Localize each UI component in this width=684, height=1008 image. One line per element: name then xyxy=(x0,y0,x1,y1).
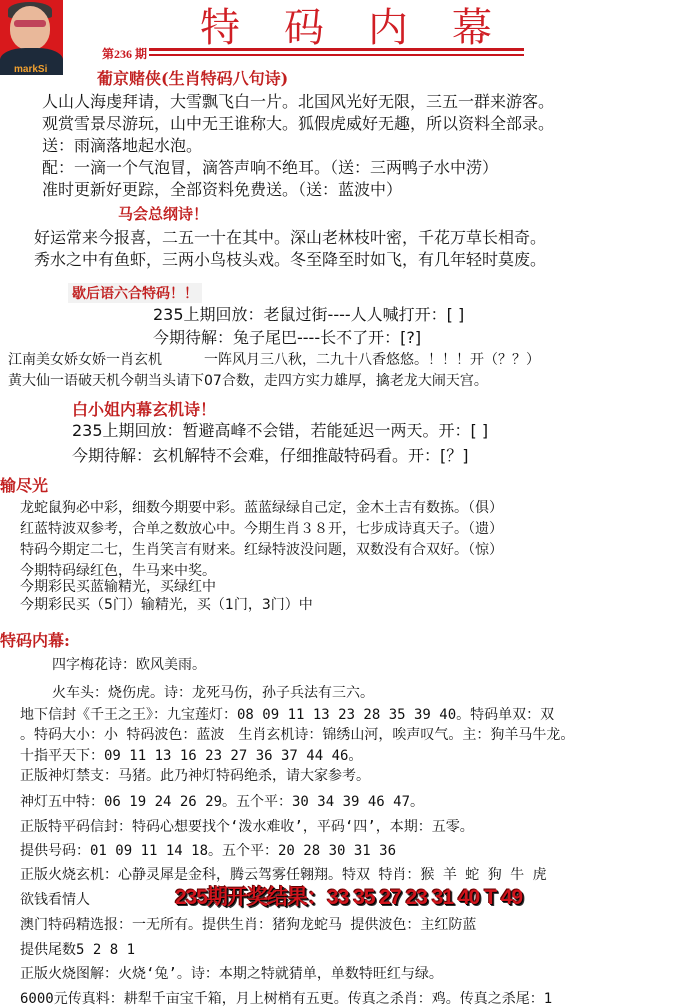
temaneimu-line: 神灯五中特：06 19 24 26 29。五个平：30 34 39 46 47。 xyxy=(20,793,424,811)
temaneimu-line: 澳门特码精选报：一无所有。提供生肖：猪狗龙蛇马 提供波色：主红防蓝 xyxy=(20,916,476,934)
poem8-line: 配：一滴一个气泡冒，滴答声响不绝耳。（送：三两鸭子水中涝） xyxy=(42,158,498,178)
baixiaojie-line: 235上期回放：暂避高峰不会错，若能延迟一两天。开：[ ] xyxy=(72,421,488,441)
temaneimu-line: 正版火烧图解：火烧‘兔’。诗：本期之特就猜单，单数特旺红与绿。 xyxy=(20,965,443,983)
temaneimu-line: 地下信封《千王之王》：九宝莲灯：08 09 11 13 23 28 35 39 … xyxy=(20,706,554,724)
baixiaojie-line: 今期待解：玄机解特不会难，仔细推敲特码看。开：[？] xyxy=(72,446,469,466)
temaneimu-line: 。特码大小：小 特码波色：蓝波 生肖玄机诗：锦绣山河，唉声叹气。主：狗羊马牛龙。 xyxy=(20,726,574,744)
temaneimu-line: 欲钱看情人 xyxy=(20,891,90,909)
shujinguang-line: 今期彩民买蓝输精光，买绿红中 xyxy=(20,576,216,596)
mahui-line: 好运常来今报喜，二五一十在其中。深山老林枝叶密，千花万草长相奇。 xyxy=(34,228,546,248)
avatar-glasses xyxy=(14,20,46,27)
mahui-line: 秀水之中有鱼虾，三两小鸟枝头戏。冬至降至时如飞，有几年轻时莫废。 xyxy=(34,250,546,270)
xiehouyu-line: 今期待解：兔子尾巴----长不了开：[?] xyxy=(153,328,421,348)
section-heading-mahui: 马会总纲诗！ xyxy=(118,203,208,224)
temaneimu-line: 十指平天下：09 11 13 16 23 27 36 37 44 46。 xyxy=(20,747,362,765)
section-heading-xiehouyu: 歇后语六合特码！！ xyxy=(68,283,202,303)
issue-number: 第236 期 xyxy=(102,45,149,62)
shujinguang-line: 特码今期定二七，生肖笑言有财来。红绿特波没问题，双数没有合双好。（惊） xyxy=(20,539,503,559)
page-title: 特码内幕 xyxy=(200,0,536,53)
temaneimu-line: 正版神灯禁支：马猪。此乃神灯特码绝杀，请大家参考。 xyxy=(20,767,370,785)
section-heading-temaneimu: 特码内幕: xyxy=(0,628,70,651)
xiehouyu-line: 235上期回放：老鼠过街----人人喊打开：[ ] xyxy=(153,305,464,325)
avatar-face xyxy=(10,6,50,50)
poem8-line: 观赏雪景尽游玩，山中无王谁称大。狐假虎威好无趣，所以资料全部录。 xyxy=(42,114,554,134)
temaneimu-line: 6000元传真料：耕犁千亩宝千箱，月上树梢有五更。传真之杀肖：鸡。传真之杀尾：1 xyxy=(20,990,552,1008)
temaneimu-indented-line: 四字梅花诗：欧风美雨。 xyxy=(52,656,206,674)
avatar: markSi xyxy=(0,0,63,75)
title-rule xyxy=(140,48,524,51)
xiehouyu-extra: 江南美女娇女娇一肖玄机 一阵风月三八秋，二九十八香悠悠。！！！开（？？） xyxy=(8,351,540,369)
section-heading-poem8: 葡京赌侠(生肖特码八句诗) xyxy=(97,66,288,89)
poem8-line: 送：雨滴落地起水泡。 xyxy=(42,136,202,156)
poem8-line: 准时更新好更踪，全部资料免费送。（送：蓝波中） xyxy=(42,180,402,200)
temaneimu-line: 提供号码：01 09 11 14 18。五个平：20 28 30 31 36 xyxy=(20,842,396,860)
shujinguang-line: 今期彩民买（5门）输精光，买（1门，3门）中 xyxy=(20,594,313,614)
result-banner: 235期开奖结果：33 35 27 23 31 40 T 49 xyxy=(175,881,522,911)
xiehouyu-extra: 黄大仙一语破天机今朝当头请下07合数，走四方实力雄厚，擒老龙大闹天宫。 xyxy=(8,372,488,390)
avatar-label: markSi xyxy=(14,64,47,75)
section-heading-shujinguang: 输尽光 xyxy=(0,473,48,496)
temaneimu-indented-line: 火车头：烧伤虎。诗：龙死马伤，孙子兵法有三六。 xyxy=(52,684,374,702)
shujinguang-line: 红蓝特波双参考，合单之数放心中。今期生肖３８开，七步成诗真天子。（遗） xyxy=(20,518,503,538)
temaneimu-line: 正版特平码信封：特码心想要找个‘泼水难收’，平码‘四’，本期：五零。 xyxy=(20,818,474,836)
shujinguang-line: 龙蛇鼠狗必中彩，细数今期要中彩。蓝蓝绿绿自己定，金木土吉有数拣。（俱） xyxy=(20,497,503,517)
section-heading-baixiaojie: 白小姐内幕玄机诗！ xyxy=(72,397,216,420)
title-rule-secondary xyxy=(140,54,524,56)
poem8-line: 人山人海虔拜请，大雪飘飞白一片。北国风光好无限，三五一群来游客。 xyxy=(42,92,554,112)
temaneimu-line: 提供尾数5 2 8 1 xyxy=(20,941,135,959)
